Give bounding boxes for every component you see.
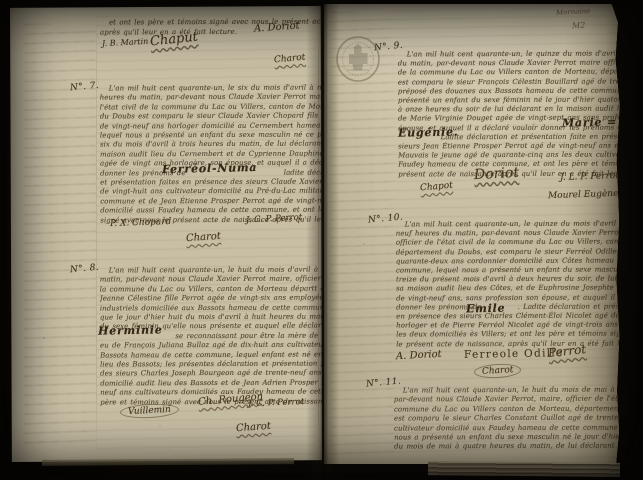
- entry-7-lines: L'an mil huit cent quarante-un, le six d…: [100, 84, 323, 226]
- handwriting-line: Jeanne Célestine fille Perrot agée de vi…: [100, 294, 322, 304]
- signature: Charot: [274, 53, 306, 66]
- corner-annotation: M2: [572, 21, 586, 31]
- entry-10-lines: L'an mil huit cent quarante-un, le quinz…: [396, 220, 621, 350]
- handwriting-line: est comparu le sieur Charles Constant Gu…: [394, 414, 620, 424]
- signature: Doriot: [474, 165, 520, 183]
- signature: J. L. P. Perrot: [560, 171, 619, 183]
- corner-annotation: Mornaine: [556, 7, 591, 17]
- handwriting-line: officier de l'état civil de la commune d…: [396, 238, 620, 248]
- entry-8-number: N°. 8.: [70, 263, 100, 275]
- fold-crease: [326, 4, 327, 464]
- signature: A. Doriot: [396, 349, 442, 362]
- stacked-page-edges: [428, 461, 620, 477]
- circular-official-stamp-icon: [334, 34, 382, 84]
- signature: J. B. Martin: [102, 37, 149, 48]
- entry-10-given-name: Emile: [466, 302, 506, 316]
- handwriting-line: du mois de mai à quatre heures du matin,…: [394, 442, 620, 452]
- signature: J. C. P. Perrot: [248, 397, 305, 409]
- page-bottom-edge: [42, 458, 294, 466]
- scanned-register-spread: et ont les père et témoins signé avec no…: [0, 0, 643, 480]
- margin-crease: [96, 6, 97, 462]
- entry-7-number: N°. 7.: [70, 81, 100, 93]
- left-page: et ont les père et témoins signé avec no…: [10, 6, 322, 462]
- signature: Charot: [474, 363, 522, 379]
- handwriting-line: eu de François Juliana Bulloz agé de dix…: [100, 341, 322, 351]
- entry-9-given-name-2: Eugénie.: [398, 125, 459, 139]
- handwriting-line: les deux domiciliés ès Villers; et ont l…: [396, 330, 620, 340]
- signature: P. X. Chopard: [110, 217, 172, 229]
- entry-7-given-name: Ferréol-Numa: [162, 161, 258, 176]
- entry-9-given-name: Marie =: [562, 115, 617, 129]
- handwriting-line: de la commune du Lac ou Villers canton d…: [398, 68, 620, 78]
- signature: Mourel Eugène: [548, 189, 619, 201]
- entry-9-lines: L'an mil huit cent quarante-un, le quinz…: [398, 50, 621, 180]
- signature: Charot: [186, 231, 222, 244]
- signature: Perrot: [547, 342, 586, 360]
- signature: Charot: [236, 421, 272, 434]
- handwriting-line: sa maison audit lieu des Côtes, et de Eu…: [396, 284, 620, 294]
- entry-11-lines: L'an mil huit cent quarante-un, le huit …: [394, 386, 620, 453]
- handwriting-line: du Doubs est comparu le sieur Claude Xav…: [100, 112, 322, 122]
- signature: Chapot: [420, 181, 454, 194]
- entry-8-given-name: Herminie: [98, 323, 163, 337]
- right-page: Mornaine M2 N°. 9. L'an mil huit cent qu…: [324, 4, 622, 464]
